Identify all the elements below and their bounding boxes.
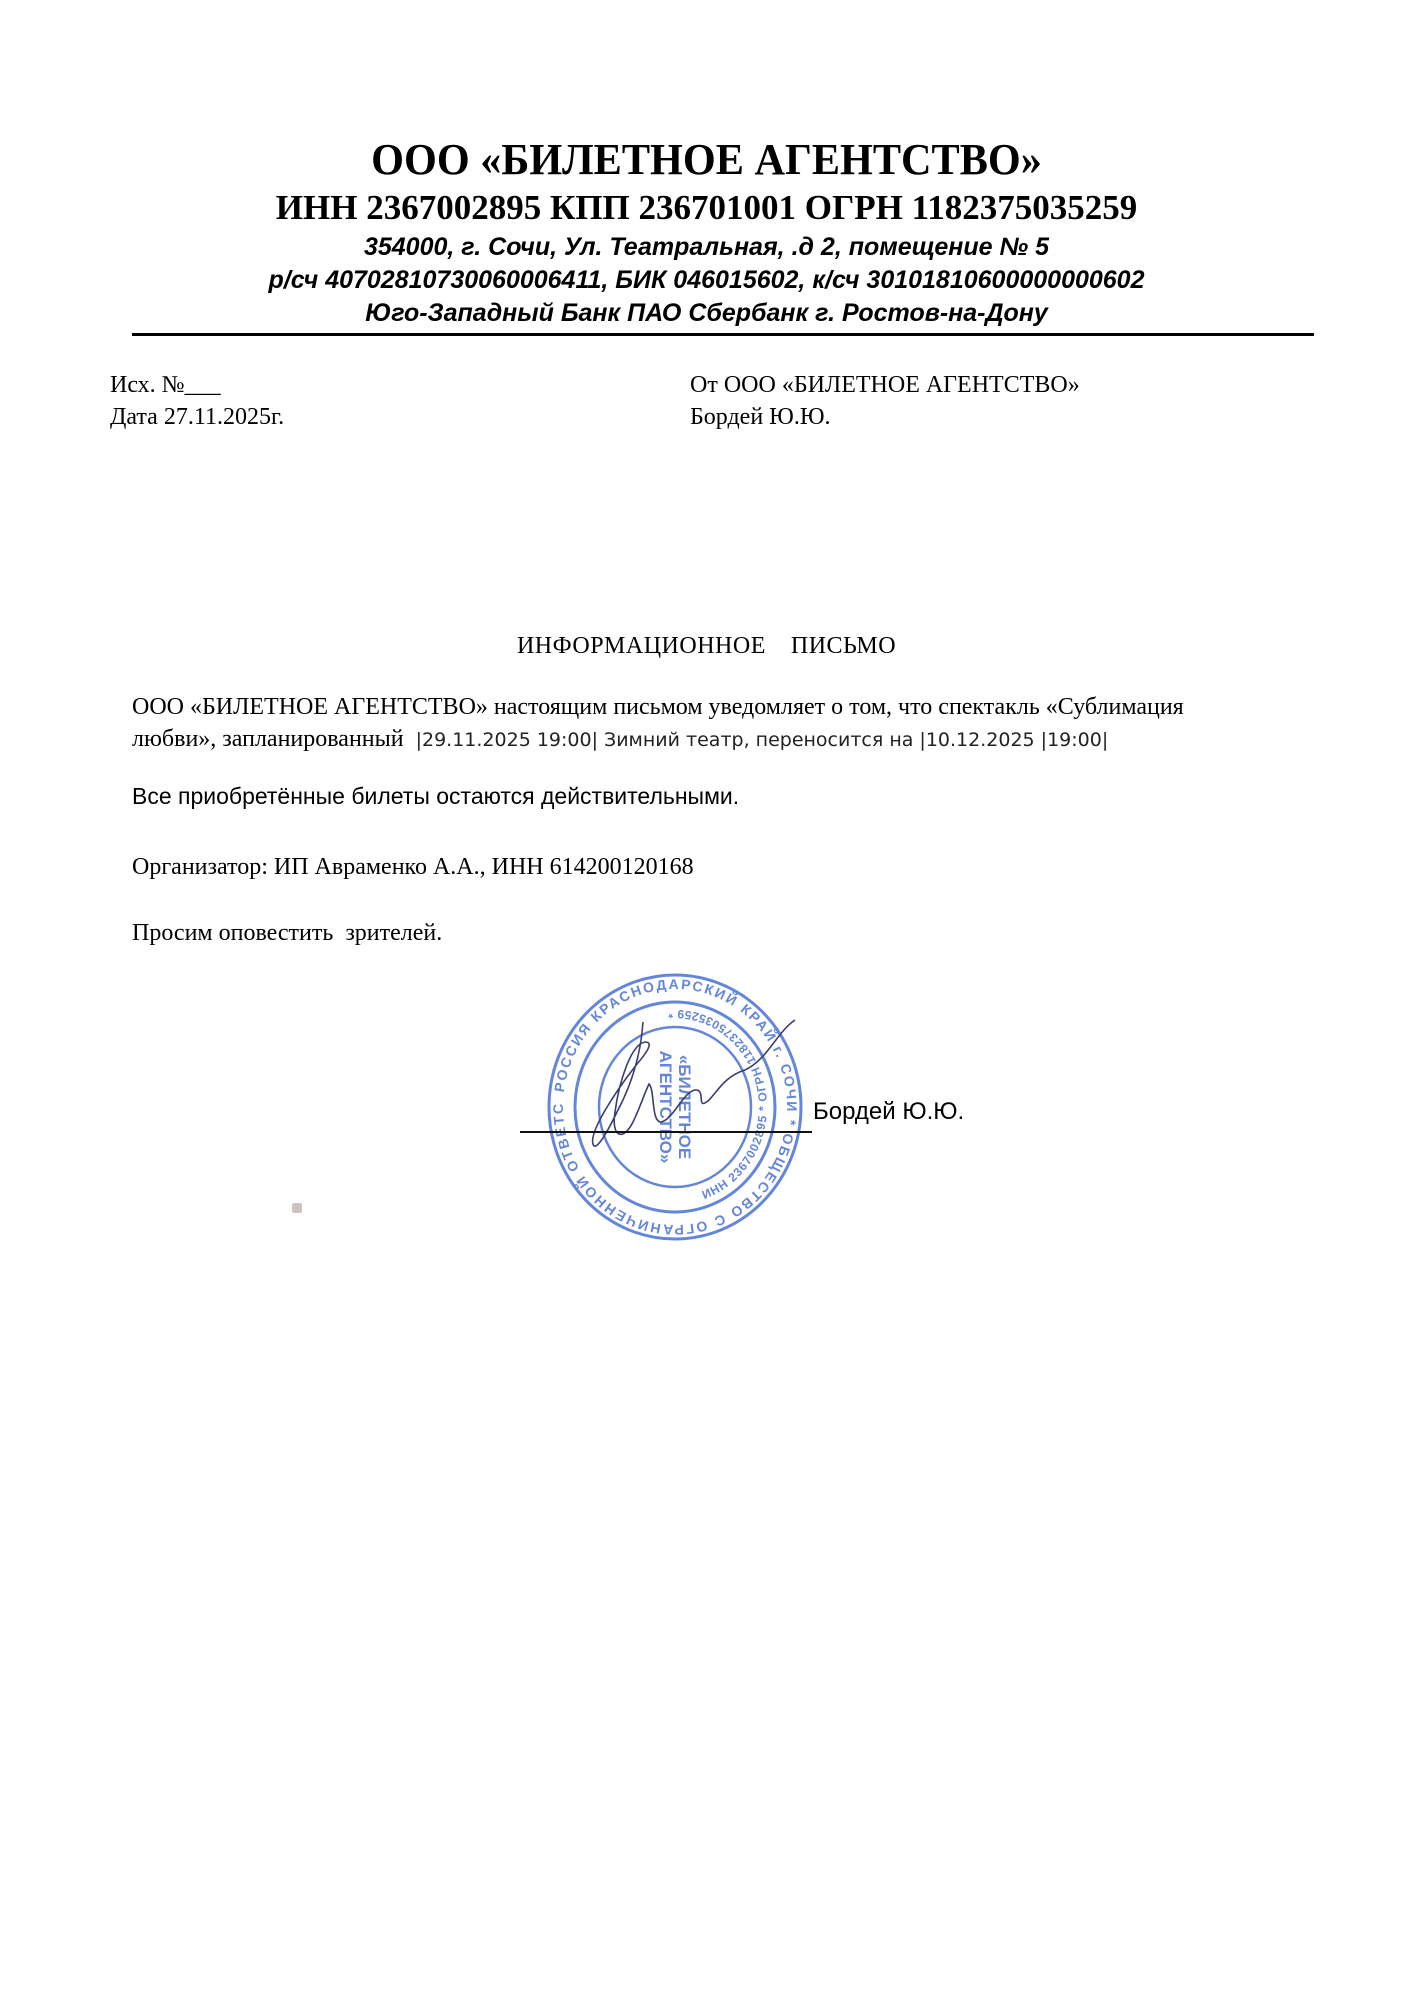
scan-speck [292,1203,302,1213]
sender-person: Бордей Ю.Ю. [690,404,831,431]
event-reschedule-details: |29.11.2025 19:00| Зимний театр, перенос… [416,729,1109,751]
company-requisites: ИНН 2367002895 КПП 236701001 ОГРН 118237… [0,188,1413,228]
bank-name: Юго-Западный Банк ПАО Сбербанк г. Ростов… [0,299,1413,328]
organizer-info: Организатор: ИП Авраменко А.А., ИНН 6142… [132,854,694,881]
signer-name: Бордей Ю.Ю. [813,1098,964,1126]
letterhead-divider [132,333,1314,336]
letter-date: Дата 27.11.2025г. [110,404,284,431]
company-stamp: РОССИЯ КРАСНОДАРСКИЙ КРАЙ г. СОЧИ * ОБЩЕ… [545,972,805,1242]
sender-organization: От ООО «БИЛЕТНОЕ АГЕНТСТВО» [690,372,1080,399]
body-paragraph-line2: любви», запланированный |29.11.2025 19:0… [132,726,1108,753]
notify-request: Просим оповестить зрителей. [132,920,442,947]
body-paragraph-line1: ООО «БИЛЕТНОЕ АГЕНТСТВО» настоящим письм… [132,694,1184,721]
company-address: 354000, г. Сочи, Ул. Театральная, .д 2, … [0,233,1413,262]
bank-accounts: р/сч 40702810730060006411, БИК 046015602… [0,266,1413,295]
outgoing-number: Исх. №___ [110,372,221,399]
stamp-center-line2: АГЕНТСТВО» [656,1051,675,1164]
document-title: ИНФОРМАЦИОННОЕ ПИСЬМО [0,633,1413,660]
body-paragraph-line2-prefix: любви», запланированный [132,726,416,752]
signature-line [520,1131,812,1133]
company-name: ООО «БИЛЕТНОЕ АГЕНТСТВО» [28,134,1384,185]
tickets-valid-note: Все приобретённые билеты остаются действ… [132,783,739,810]
